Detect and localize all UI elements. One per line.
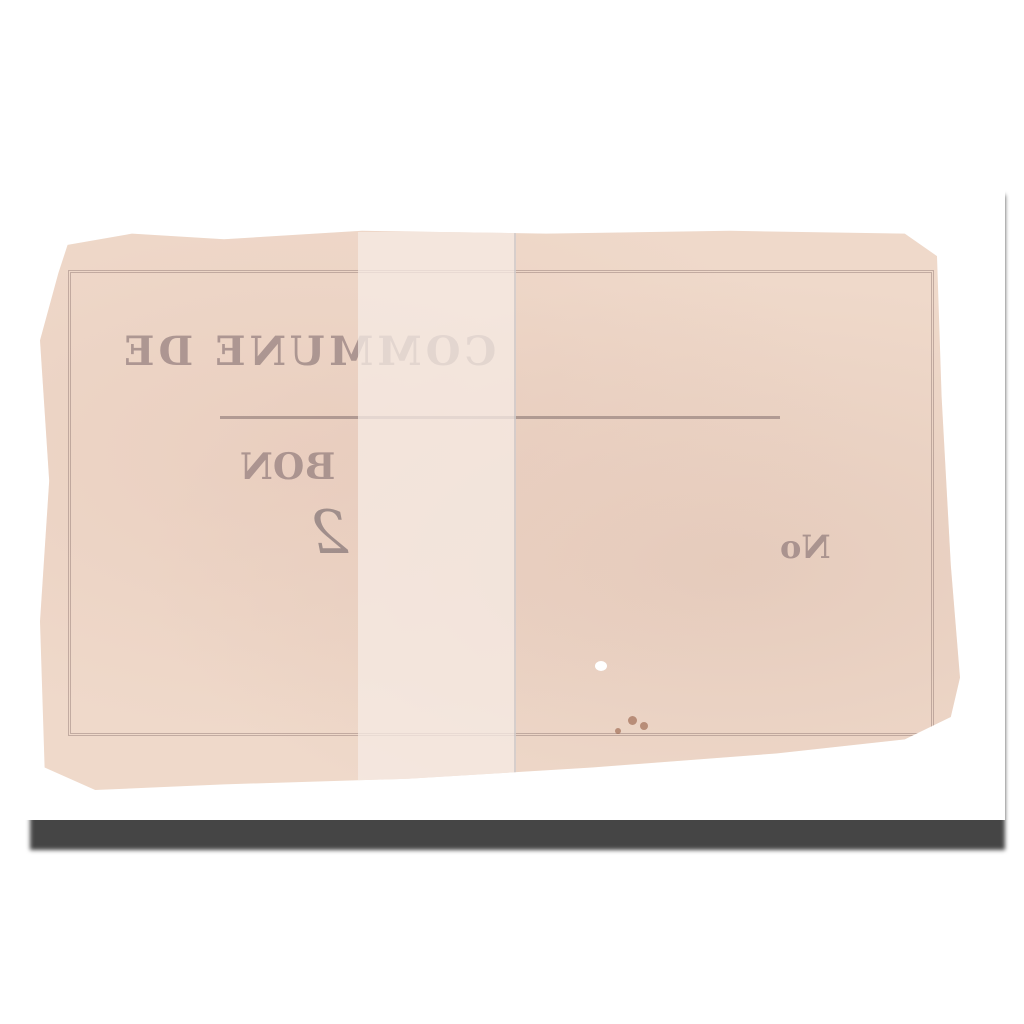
stain xyxy=(640,722,648,730)
stain xyxy=(628,716,637,725)
showthrough-value: BON xyxy=(240,446,335,488)
banknote-back: COMMUNE DE BON No 2 xyxy=(40,228,960,790)
hole xyxy=(595,661,607,671)
showthrough-number: No xyxy=(780,528,831,566)
stain xyxy=(615,728,621,734)
tape-strip xyxy=(358,232,516,790)
handwritten-mark: 2 xyxy=(310,498,348,568)
